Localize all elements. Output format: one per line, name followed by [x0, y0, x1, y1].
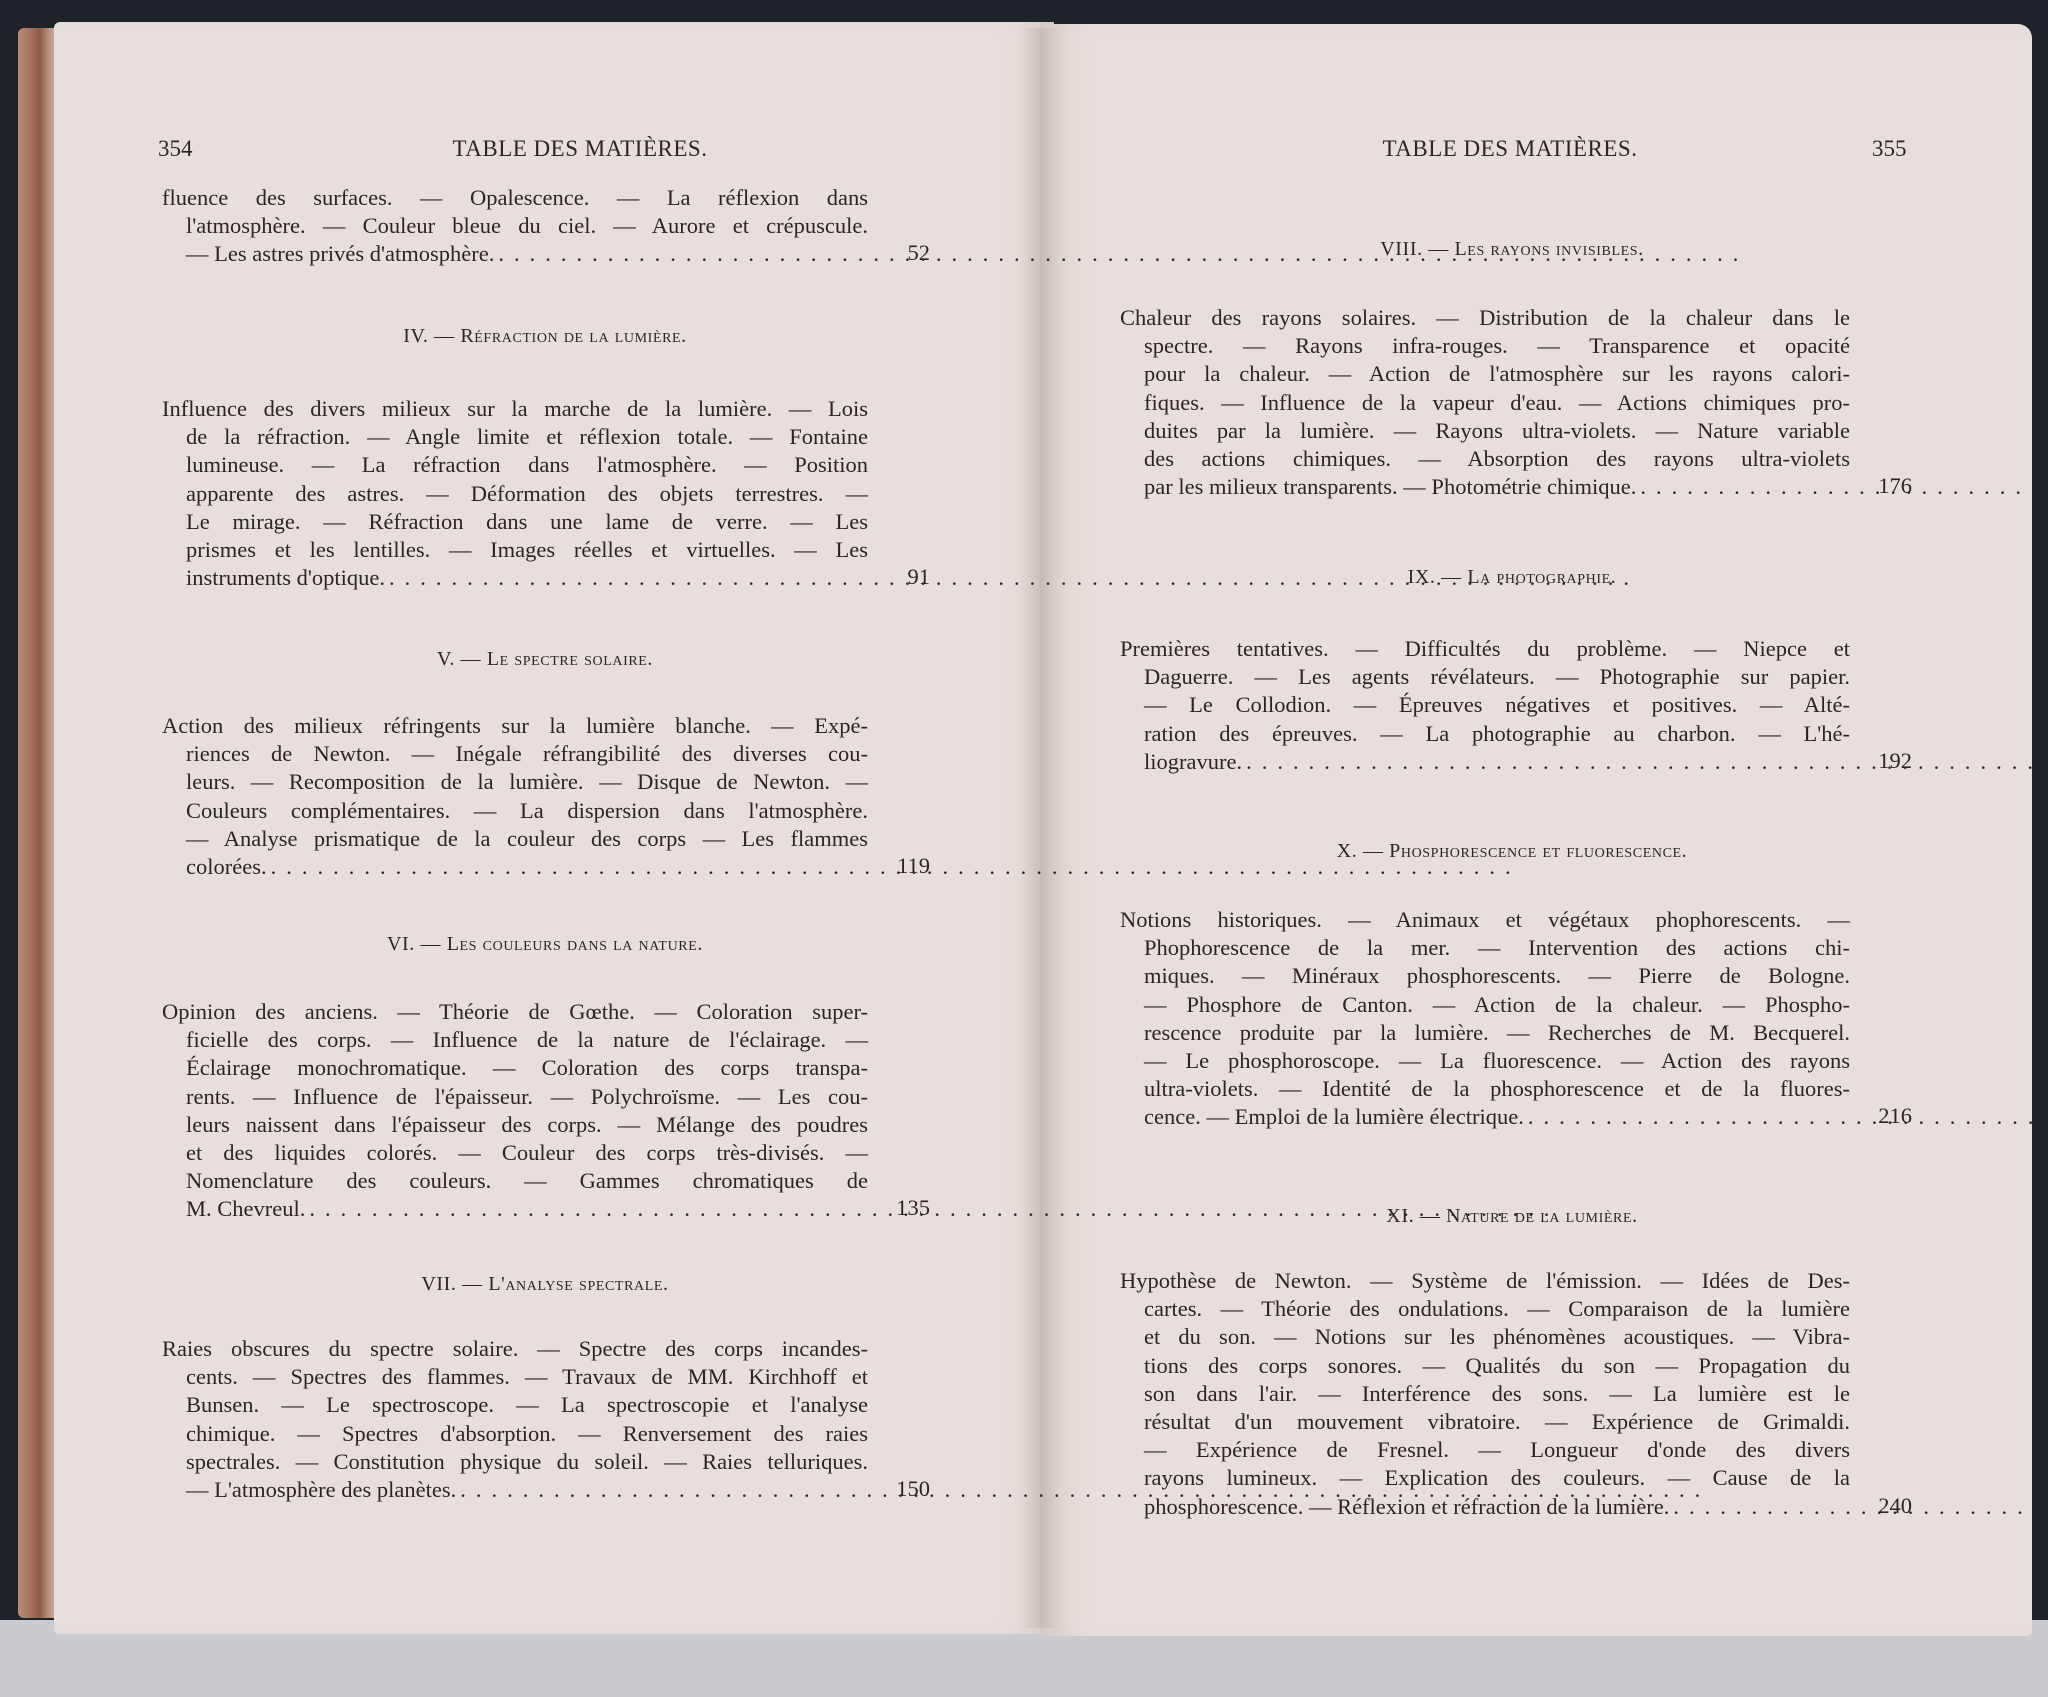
toc-entry-line: Daguerre. — Les agents révélateurs. — Ph… [1120, 663, 1850, 691]
toc-entry-line: Influence des divers milieux sur la marc… [162, 395, 868, 423]
toc-entry-line: ficielle des corps. — Influence de la na… [162, 1026, 868, 1054]
toc-entry-line: fluence des surfaces. — Opalescence. — L… [162, 184, 868, 212]
toc-entry-line: Opinion des anciens. — Théorie de Gœthe.… [162, 998, 868, 1026]
toc-entry-line: rayons lumineux. — Explication des coule… [1120, 1464, 1850, 1492]
toc-entry-line: prismes et les lentilles. — Images réell… [162, 536, 868, 564]
page-number: 355 [1872, 136, 1907, 162]
toc-entry-line: rescence produite par la lumière. — Rech… [1120, 1019, 1850, 1047]
toc-entry-line: colorées................................… [162, 853, 868, 881]
toc-entry-line-text: — Les astres privés d'atmosphère. [186, 241, 494, 266]
toc-entry-line: pour la chaleur. — Action de l'atmosphèr… [1120, 360, 1850, 388]
section-numeral: VI. — [387, 933, 447, 955]
toc-entry-line: lumineuse. — La réfraction dans l'atmosp… [162, 451, 868, 479]
toc-entry-line-text: liogravure. [1144, 749, 1242, 774]
section-title-text: Réfraction de la lumière. [460, 325, 686, 347]
toc-page-reference: 176 [1852, 473, 1912, 499]
toc-entry-line: — Le phosphoroscope. — La fluorescence. … [1120, 1047, 1850, 1075]
toc-entry-line-text: cence. — Emploi de la lumière électrique… [1144, 1104, 1524, 1129]
section-numeral: X. — [1337, 840, 1389, 862]
section-numeral: VIII. — [1380, 238, 1454, 260]
toc-entry-line: Bunsen. — Le spectroscope. — La spectros… [162, 1391, 868, 1419]
toc-entry-text: Opinion des anciens. — Théorie de Gœthe.… [162, 998, 868, 1224]
toc-entry-line: — Phosphore de Canton. — Action de la ch… [1120, 991, 1850, 1019]
dot-leader: ........................................… [1636, 474, 2048, 499]
section-numeral: IX. — [1408, 566, 1468, 588]
section-title-text: L'analyse spectrale. [488, 1273, 668, 1295]
toc-entry-line: instruments d'optique...................… [162, 564, 868, 592]
toc-entry-text: Influence des divers milieux sur la marc… [162, 395, 868, 592]
toc-page-reference: 240 [1852, 1493, 1912, 1519]
toc-entry-text: Premières tentatives. — Difficultés du p… [1120, 635, 1850, 776]
toc-entry-line: résultat d'un mouvement vibratoire. — Ex… [1120, 1408, 1850, 1436]
toc-entry-line: l'atmosphère. — Couleur bleue du ciel. —… [162, 212, 868, 240]
toc-entry-line: fiques. — Influence de la vapeur d'eau. … [1120, 389, 1850, 417]
toc-page-reference: 91 [870, 564, 930, 590]
toc-entry-line: ration des épreuves. — La photographie a… [1120, 720, 1850, 748]
toc-page-reference: 150 [870, 1476, 930, 1502]
toc-entry-line: Premières tentatives. — Difficultés du p… [1120, 635, 1850, 663]
toc-entry-text: Action des milieux réfringents sur la lu… [162, 712, 868, 881]
toc-entry-line: cence. — Emploi de la lumière électrique… [1120, 1103, 1850, 1131]
toc-entry-line: Action des milieux réfringents sur la lu… [162, 712, 868, 740]
section-title: VII. — L'analyse spectrale. [145, 1273, 945, 1296]
toc-entry-line-text: colorées. [186, 854, 267, 879]
toc-entry-line: — L'atmosphère des planètes.............… [162, 1476, 868, 1504]
toc-entry-text: Notions historiques. — Animaux et végéta… [1120, 906, 1850, 1132]
toc-entry-line: apparente des astres. — Déformation des … [162, 480, 868, 508]
toc-entry-line: Le mirage. — Réfraction dans une lame de… [162, 508, 868, 536]
dot-leader: ........................................… [1524, 1104, 2048, 1129]
toc-entry-line: — Le Collodion. — Épreuves négatives et … [1120, 691, 1850, 719]
toc-entry-line: tions des corps sonores. — Qualités du s… [1120, 1352, 1850, 1380]
section-numeral: V. — [437, 648, 487, 670]
toc-entry-line: phosphorescence. — Réflexion et réfracti… [1120, 1493, 1850, 1521]
section-title-text: Les rayons invisibles. [1454, 238, 1643, 260]
dot-leader: ........................................… [1242, 749, 2048, 774]
section-numeral: VII. — [421, 1273, 488, 1295]
toc-entry-line: cents. — Spectres des flammes. — Travaux… [162, 1363, 868, 1391]
toc-entry-line: riences de Newton. — Inégale réfrangibil… [162, 740, 868, 768]
toc-entry-line: Nomenclature des couleurs. — Gammes chro… [162, 1167, 868, 1195]
toc-entry-text: Chaleur des rayons solaires. — Distribut… [1120, 304, 1850, 501]
section-title-text: Nature de la lumière. [1446, 1205, 1638, 1227]
book-gutter [1020, 28, 1060, 1628]
toc-entry-line: et du son. — Notions sur les phénomènes … [1120, 1323, 1850, 1351]
page-edges [18, 28, 54, 1618]
toc-entry-line: Raies obscures du spectre solaire. — Spe… [162, 1335, 868, 1363]
toc-entry-text: Raies obscures du spectre solaire. — Spe… [162, 1335, 868, 1504]
toc-entry-line: Chaleur des rayons solaires. — Distribut… [1120, 304, 1850, 332]
toc-entry-line: Phophorescence de la mer. — Intervention… [1120, 934, 1850, 962]
toc-entry-line: spectre. — Rayons infra-rouges. — Transp… [1120, 332, 1850, 360]
section-title-text: Les couleurs dans la nature. [447, 933, 703, 955]
section-title: IV. — Réfraction de la lumière. [145, 325, 945, 348]
toc-page-reference: 52 [870, 240, 930, 266]
section-title-text: Phosphorescence et fluorescence. [1389, 840, 1687, 862]
toc-entry-line: leurs naissent dans l'épaisseur des corp… [162, 1111, 868, 1139]
section-numeral: XI. — [1386, 1205, 1446, 1227]
toc-entry-line-text: M. Chevreul. [186, 1196, 305, 1221]
toc-entry-text: fluence des surfaces. — Opalescence. — L… [162, 184, 868, 269]
toc-entry-line: rents. — Influence de l'épaisseur. — Pol… [162, 1083, 868, 1111]
toc-entry-line: — Les astres privés d'atmosphère........… [162, 240, 868, 268]
toc-page-reference: 119 [870, 853, 930, 879]
running-head: TABLE DES MATIÈRES. [1260, 136, 1760, 162]
toc-entry-line: liogravure..............................… [1120, 748, 1850, 776]
toc-entry-line: — Expérience de Fresnel. — Longueur d'on… [1120, 1436, 1850, 1464]
toc-entry-line: par les milieux transparents. — Photomét… [1120, 473, 1850, 501]
toc-entry-line: Couleurs complémentaires. — La dispersio… [162, 797, 868, 825]
toc-entry-line-text: phosphorescence. — Réflexion et réfracti… [1144, 1494, 1669, 1519]
toc-entry-line: Hypothèse de Newton. — Système de l'émis… [1120, 1267, 1850, 1295]
toc-entry-line-text: par les milieux transparents. — Photomét… [1144, 474, 1636, 499]
toc-entry-line: et des liquides colorés. — Couleur des c… [162, 1139, 868, 1167]
toc-entry-line: chimique. — Spectres d'absorption. — Ren… [162, 1420, 868, 1448]
toc-entry-line: son dans l'air. — Interférence des sons.… [1120, 1380, 1850, 1408]
toc-entry-line-text: instruments d'optique. [186, 565, 385, 590]
section-title: V. — Le spectre solaire. [145, 648, 945, 671]
toc-entry-text: Hypothèse de Newton. — Système de l'émis… [1120, 1267, 1850, 1521]
section-title: XI. — Nature de la lumière. [1112, 1205, 1912, 1228]
toc-entry-line: ultra-violets. — Identité de la phosphor… [1120, 1075, 1850, 1103]
toc-entry-line: Éclairage monochromatique. — Coloration … [162, 1054, 868, 1082]
section-title: X. — Phosphorescence et fluorescence. [1112, 840, 1912, 863]
section-numeral: IV. — [403, 325, 460, 347]
toc-entry-line-text: — L'atmosphère des planètes. [186, 1477, 456, 1502]
section-title-text: La photographie. [1467, 566, 1616, 588]
section-title: VI. — Les couleurs dans la nature. [145, 933, 945, 956]
toc-entry-line: M. Chevreul.............................… [162, 1195, 868, 1223]
toc-page-reference: 216 [1852, 1103, 1912, 1129]
section-title-text: Le spectre solaire. [487, 648, 653, 670]
toc-page-reference: 192 [1852, 748, 1912, 774]
toc-entry-line: des actions chimiques. — Absorption des … [1120, 445, 1850, 473]
toc-entry-line: duites par la lumière. — Rayons ultra-vi… [1120, 417, 1850, 445]
toc-entry-line: — Analyse prismatique de la couleur des … [162, 825, 868, 853]
toc-page-reference: 135 [870, 1195, 930, 1221]
running-head: TABLE DES MATIÈRES. [330, 136, 830, 162]
section-title: VIII. — Les rayons invisibles. [1112, 238, 1912, 261]
toc-entry-line: miques. — Minéraux phosphorescents. — Pi… [1120, 962, 1850, 990]
toc-entry-line: de la réfraction. — Angle limite et réfl… [162, 423, 868, 451]
toc-entry-line: Notions historiques. — Animaux et végéta… [1120, 906, 1850, 934]
toc-entry-line: cartes. — Théorie des ondulations. — Com… [1120, 1295, 1850, 1323]
page-number: 354 [158, 136, 193, 162]
toc-entry-line: spectrales. — Constitution physique du s… [162, 1448, 868, 1476]
section-title: IX. — La photographie. [1112, 566, 1912, 589]
toc-entry-line: leurs. — Recomposition de la lumière. — … [162, 768, 868, 796]
